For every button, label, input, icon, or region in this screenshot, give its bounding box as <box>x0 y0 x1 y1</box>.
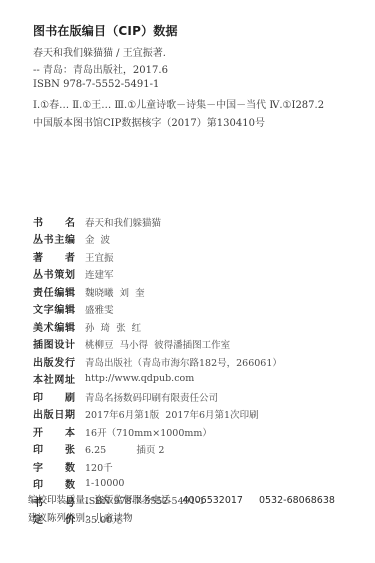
info-label-char: 张 <box>65 441 75 456</box>
info-row: 本社网址http://www.qdpub.com <box>33 372 194 385</box>
info-label-char: 编 <box>65 231 75 246</box>
info-value: 1-10000 <box>85 478 124 489</box>
info-value: 2017年6月第1版 2017年6月第1次印刷 <box>85 407 259 421</box>
info-label-char: 编 <box>54 301 64 316</box>
copyright-page: 图书在版编目（CIP）数据 春天和我们躲猫猫 / 王宜振著. -- 青岛：青岛出… <box>0 0 375 563</box>
info-label-char: 设 <box>54 336 64 351</box>
display-category: 建议陈列类别：儿童读物 <box>28 510 133 524</box>
info-value: 16开（710mm×1000mm） <box>85 425 212 439</box>
info-label-char: 址 <box>65 371 75 386</box>
info-value: 120千 <box>85 460 113 474</box>
info-label-char: 版 <box>44 406 54 421</box>
info-label: 开本 <box>33 424 75 439</box>
info-label-char: 网 <box>54 371 64 386</box>
cip-line-title-author: 春天和我们躲猫猫 / 王宜振著. <box>33 44 166 59</box>
info-label: 书名 <box>33 214 75 229</box>
info-label-char: 图 <box>44 336 54 351</box>
info-label-char: 丛 <box>33 231 43 246</box>
info-label: 本社网址 <box>33 371 75 386</box>
info-label-char: 计 <box>65 336 75 351</box>
info-row: 出版日期2017年6月第1版 2017年6月第1次印刷 <box>33 407 259 420</box>
info-row: 文字编辑盛雅雯 <box>33 302 114 315</box>
info-label-char: 插 <box>33 336 43 351</box>
info-label-char: 书 <box>33 214 43 229</box>
info-label-char: 本 <box>65 424 75 439</box>
info-label-char: 印 <box>33 389 43 404</box>
info-label-char: 策 <box>54 266 64 281</box>
info-label-char: 者 <box>65 249 75 264</box>
info-label-char: 字 <box>44 301 54 316</box>
info-label: 插图设计 <box>33 336 75 351</box>
cip-line-publisher: -- 青岛：青岛出版社，2017.6 <box>33 61 168 76</box>
info-label-char: 术 <box>44 319 54 334</box>
info-label-char: 刷 <box>65 389 75 404</box>
info-row: 印刷青岛名扬数码印刷有限责任公司 <box>33 390 218 403</box>
info-row: 出版发行青岛出版社（青岛市海尔路182号，266061） <box>33 355 282 368</box>
info-label-char: 印 <box>33 476 43 491</box>
info-label-char: 印 <box>33 441 43 456</box>
service-label: 编校印装质量、盗版监督服务电话 <box>28 495 171 506</box>
info-label: 丛书主编 <box>33 231 75 246</box>
info-value: 孙 琦 张 红 <box>85 320 141 334</box>
cip-line-classification: Ⅰ.①春… Ⅱ.①王… Ⅲ.①儿童诗歌－诗集－中国－当代 Ⅳ.①I287.2 <box>33 96 324 111</box>
info-value: 青岛出版社（青岛市海尔路182号，266061） <box>85 355 282 369</box>
info-row: 丛书主编金 波 <box>33 232 110 245</box>
info-label-char: 丛 <box>33 266 43 281</box>
info-label: 印刷 <box>33 389 75 404</box>
service-phone-2: 0532-68068638 <box>259 495 335 506</box>
info-label-char: 数 <box>65 476 75 491</box>
info-label: 字数 <box>33 459 75 474</box>
info-value: 盛雅雯 <box>85 302 114 316</box>
info-value: 王宜振 <box>85 250 114 264</box>
info-value: 青岛名扬数码印刷有限责任公司 <box>85 390 218 404</box>
info-label-char: 期 <box>65 406 75 421</box>
info-label-char: 开 <box>33 424 43 439</box>
info-label-char: 著 <box>33 249 43 264</box>
info-value: 连建军 <box>85 267 114 281</box>
info-row: 书名春天和我们躲猫猫 <box>33 215 161 228</box>
info-label: 责任编辑 <box>33 284 75 299</box>
info-label-char: 编 <box>54 319 64 334</box>
info-label-char: 出 <box>33 354 43 369</box>
info-value: 春天和我们躲猫猫 <box>85 215 161 229</box>
info-label-char: 文 <box>33 301 43 316</box>
info-label-char: 数 <box>65 459 75 474</box>
info-label-char: 辑 <box>65 284 75 299</box>
info-row: 美术编辑孙 琦 张 红 <box>33 320 141 333</box>
info-label-char: 任 <box>44 284 54 299</box>
info-row: 印张6.25 插页 2 <box>33 442 164 455</box>
cip-title: 图书在版编目（CIP）数据 <box>33 22 178 39</box>
service-phone-line: 编校印装质量、盗版监督服务电话40065320170532-68068638 <box>28 492 335 506</box>
info-label: 著者 <box>33 249 75 264</box>
info-value: 桃柳豆 马小得 彼得潘插图工作室 <box>85 337 230 351</box>
info-row: 插图设计桃柳豆 马小得 彼得潘插图工作室 <box>33 337 230 350</box>
info-label-char: 美 <box>33 319 43 334</box>
info-label: 丛书策划 <box>33 266 75 281</box>
info-row: 开本16开（710mm×1000mm） <box>33 425 212 438</box>
info-label: 印数 <box>33 476 75 491</box>
info-label-char: 字 <box>33 459 43 474</box>
info-row: 印数1-10000 <box>33 477 124 490</box>
info-label-char: 书 <box>44 231 54 246</box>
info-row: 丛书策划连建军 <box>33 267 114 280</box>
info-row: 著者王宜振 <box>33 250 114 263</box>
info-label-char: 社 <box>44 371 54 386</box>
info-label-char: 出 <box>33 406 43 421</box>
info-label-char: 日 <box>54 406 64 421</box>
service-phone-1: 4006532017 <box>183 495 243 506</box>
info-value: http://www.qdpub.com <box>85 373 194 384</box>
info-label-char: 版 <box>44 354 54 369</box>
info-label-char: 本 <box>33 371 43 386</box>
info-label-char: 划 <box>65 266 75 281</box>
info-label-char: 辑 <box>65 319 75 334</box>
info-label-char: 名 <box>65 214 75 229</box>
info-label: 印张 <box>33 441 75 456</box>
cip-line-cip-number: 中国版本图书馆CIP数据核字（2017）第130410号 <box>33 114 265 129</box>
info-label: 出版日期 <box>33 406 75 421</box>
info-row: 责任编辑魏晓曦 刘 奎 <box>33 285 145 298</box>
info-label-char: 发 <box>54 354 64 369</box>
cip-line-isbn: ISBN 978-7-5552-5491-1 <box>33 79 159 90</box>
info-row: 字数120千 <box>33 460 113 473</box>
info-label-char: 编 <box>54 284 64 299</box>
info-value: 金 波 <box>85 232 110 246</box>
info-value: 魏晓曦 刘 奎 <box>85 285 145 299</box>
info-label-char: 责 <box>33 284 43 299</box>
info-label-char: 主 <box>54 231 64 246</box>
info-label-char: 行 <box>65 354 75 369</box>
info-label: 出版发行 <box>33 354 75 369</box>
info-value: 6.25 插页 2 <box>85 442 164 456</box>
info-label: 美术编辑 <box>33 319 75 334</box>
info-label-char: 辑 <box>65 301 75 316</box>
info-label-char: 书 <box>44 266 54 281</box>
info-label: 文字编辑 <box>33 301 75 316</box>
